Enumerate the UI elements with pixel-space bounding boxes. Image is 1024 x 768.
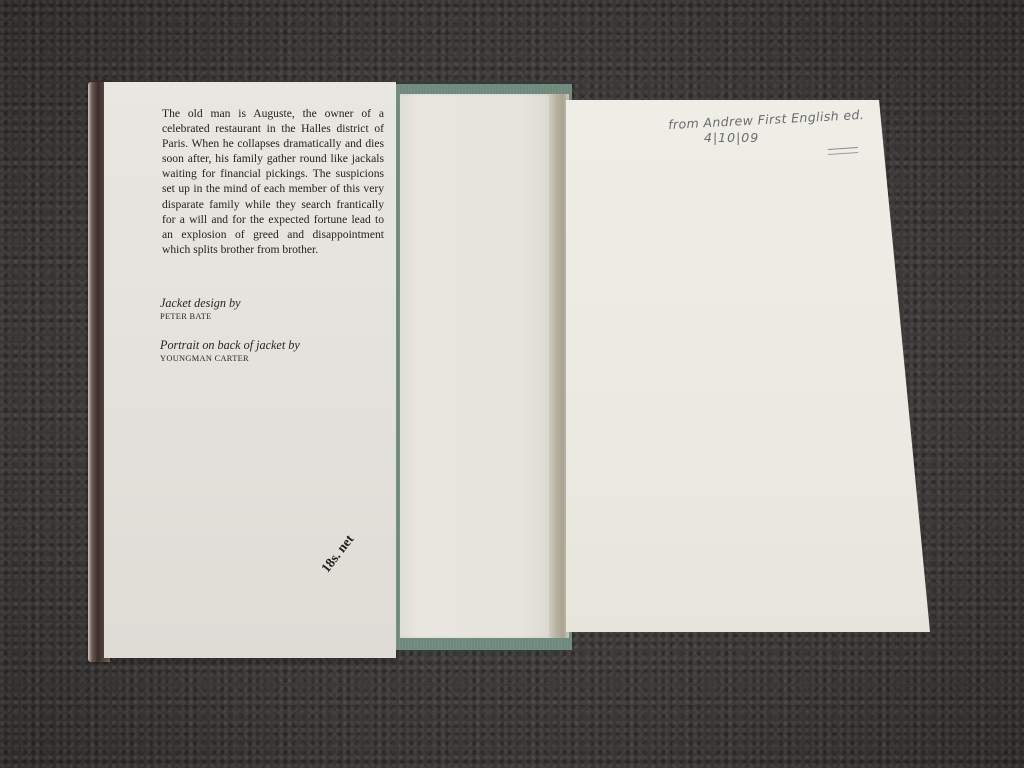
pencil-scribble-icon — [828, 147, 858, 155]
flyleaf-page: from Andrew First English ed. 4|10|09 — [566, 100, 930, 632]
credit-label: Jacket design by — [160, 296, 241, 311]
jacket-design-credit: Jacket design by Peter Bate — [160, 296, 241, 323]
dust-jacket-flap: The old man is Auguste, the owner of a c… — [104, 82, 396, 658]
credit-name: Peter Bate — [160, 311, 241, 323]
handwritten-date: 4|10|09 — [704, 130, 759, 145]
jacket-blurb: The old man is Auguste, the owner of a c… — [162, 106, 384, 257]
credit-name: Youngman Carter — [160, 353, 300, 365]
portrait-credit: Portrait on back of jacket by Youngman C… — [160, 338, 300, 365]
endpaper — [400, 94, 552, 638]
price-tag: 18s. net — [318, 532, 357, 576]
handwritten-inscription: from Andrew First English ed. — [668, 107, 865, 132]
credit-label: Portrait on back of jacket by — [160, 338, 300, 353]
